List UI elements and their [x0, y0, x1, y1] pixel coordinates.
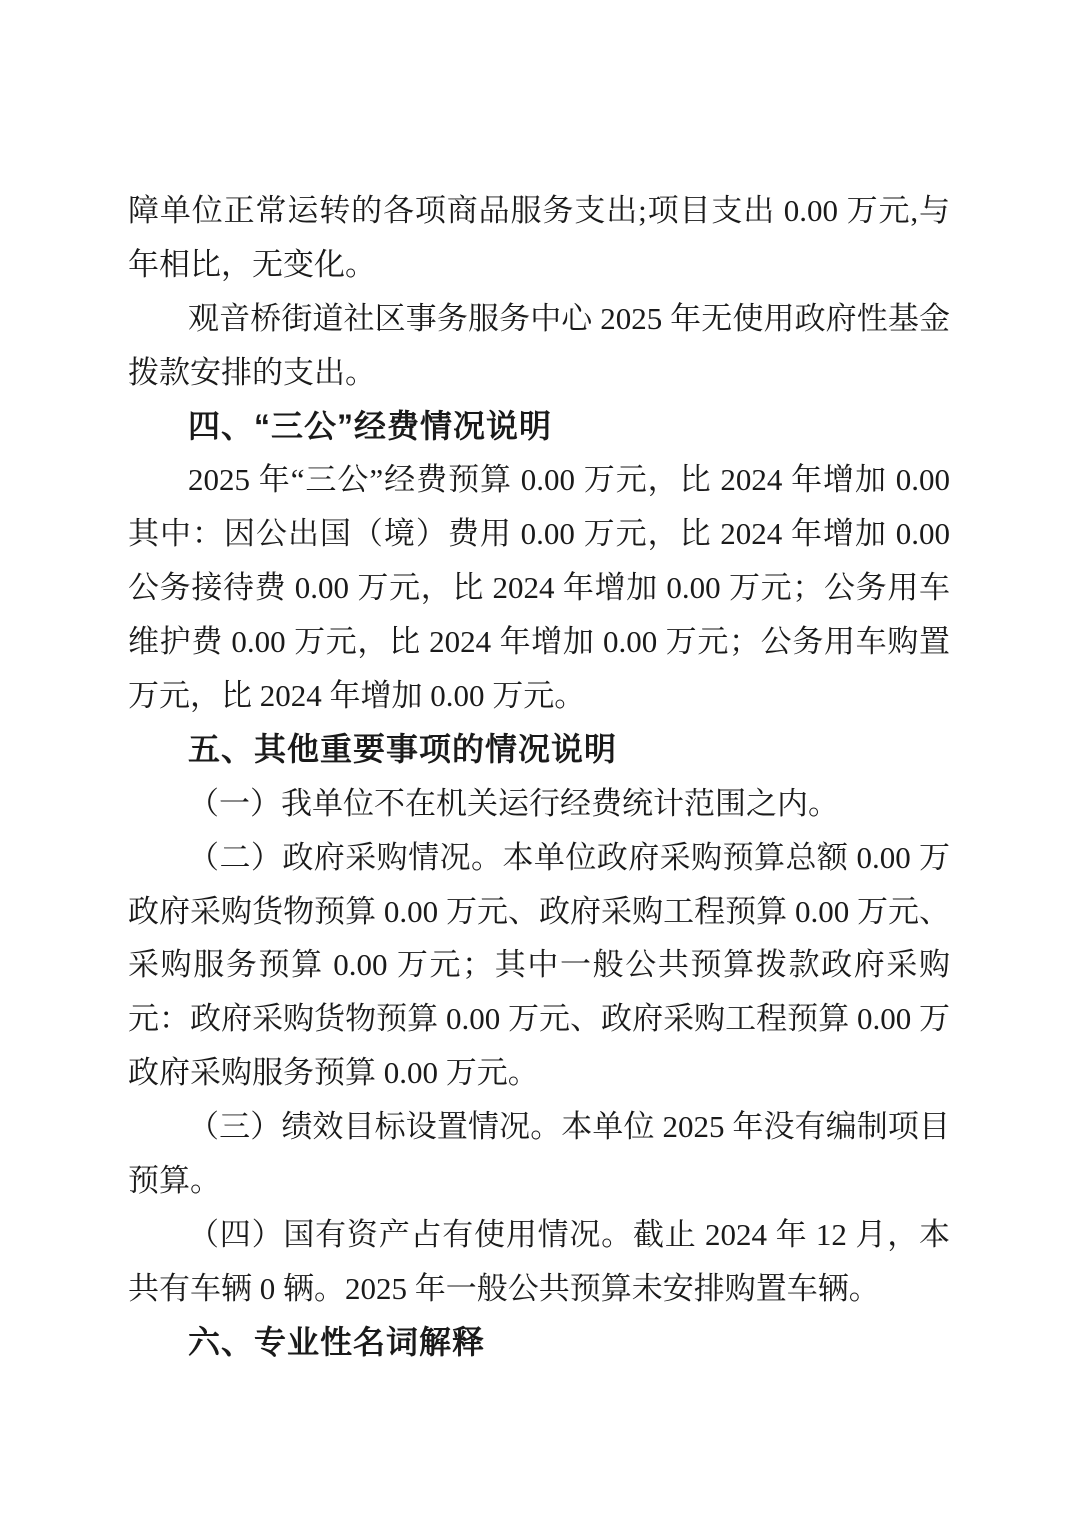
text-line: 维护费 0.00 万元，比 2024 年增加 0.00 万元；公务用车购置费 0… [128, 615, 950, 669]
text-line: （一）我单位不在机关运行经费统计范围之内。 [128, 777, 950, 831]
text-line: （二）政府采购情况。本单位政府采购预算总额 0.00 万元： [128, 831, 950, 885]
text-line: 预算。 [128, 1154, 950, 1208]
text-line: （四）国有资产占有使用情况。截止 2024 年 12 月，本单位 [128, 1208, 950, 1262]
text-line: 采购服务预算 0.00 万元；其中一般公共预算拨款政府采购 0.00 万 [128, 938, 950, 992]
text-line: 万元，比 2024 年增加 0.00 万元。 [128, 669, 950, 723]
text-line: 年相比，无变化。 [128, 238, 950, 292]
text-line: 2025 年“三公”经费预算 0.00 万元，比 2024 年增加 0.00 万… [128, 453, 950, 507]
text-line: 观音桥街道社区事务服务中心 2025 年无使用政府性基金预算 [128, 292, 950, 346]
section-heading: 四、“三公”经费情况说明 [128, 400, 950, 454]
text-line: 政府采购货物预算 0.00 万元、政府采购工程预算 0.00 万元、政府 [128, 885, 950, 939]
text-line: 共有车辆 0 辆。2025 年一般公共预算未安排购置车辆。 [128, 1262, 950, 1316]
section-heading: 六、专业性名词解释 [128, 1316, 950, 1370]
text-line: 障单位正常运转的各项商品服务支出;项目支出 0.00 万元,与 2024 [128, 184, 950, 238]
text-line: 拨款安排的支出。 [128, 346, 950, 400]
document-content: 障单位正常运转的各项商品服务支出;项目支出 0.00 万元,与 2024年相比，… [128, 184, 950, 1370]
text-line: 政府采购服务预算 0.00 万元。 [128, 1046, 950, 1100]
text-line: （三）绩效目标设置情况。本单位 2025 年没有编制项目支出 [128, 1100, 950, 1154]
document-page: 障单位正常运转的各项商品服务支出;项目支出 0.00 万元,与 2024年相比，… [0, 0, 1074, 1520]
section-heading: 五、其他重要事项的情况说明 [128, 723, 950, 777]
text-line: 元：政府采购货物预算 0.00 万元、政府采购工程预算 0.00 万元、 [128, 992, 950, 1046]
text-line: 其中：因公出国（境）费用 0.00 万元，比 2024 年增加 0.00 万元； [128, 507, 950, 561]
text-line: 公务接待费 0.00 万元，比 2024 年增加 0.00 万元；公务用车运行 [128, 561, 950, 615]
